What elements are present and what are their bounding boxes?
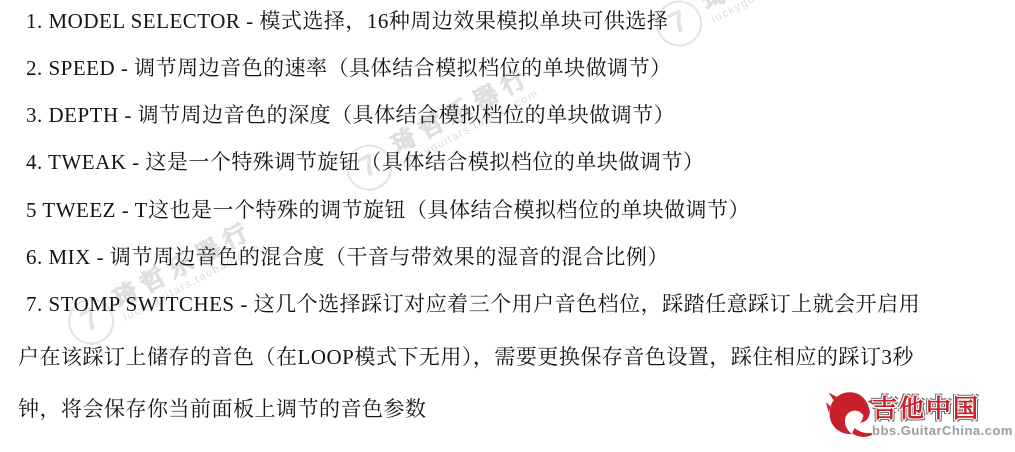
instruction-line-7-end: 钟，将会保存你当前面板上调节的音色参数 — [18, 399, 427, 420]
watermark-stamp: 7 琦哲乐器行 luckyguitars.taobao.com — [60, 214, 266, 353]
instruction-line-6: 6. MIX - 调节周边音色的混合度（干音与带效果的湿音的混合比例） — [26, 247, 669, 268]
guitarchina-site-url: bbs.GuitarChina.com — [872, 423, 1013, 438]
instruction-line-4: 4. TWEAK - 这是一个特殊调节旋钮（具体结合模拟档位的单块做调节） — [26, 152, 704, 173]
guitarchina-logo: 吉他中国 bbs.GuitarChina.com — [826, 389, 1013, 446]
watermark-stamp: 7 琦哲乐器行 luckyguitars.taobao.com — [648, 0, 854, 55]
guitarchina-site-name: 吉他中国 — [872, 397, 980, 422]
watermark-stamp: 7 琦哲乐器行 luckyguitars.taobao.com — [338, 60, 544, 199]
watermark-shop-name: 琦哲乐器行 — [697, 0, 846, 15]
instruction-line-3: 3. DEPTH - 调节周边音色的深度（具体结合模拟档位的单块做调节） — [26, 105, 675, 126]
instruction-line-1: 1. MODEL SELECTOR - 模式选择，16种周边效果模拟单块可供选择 — [26, 11, 668, 32]
watermark-shop-url: luckyguitars.taobao.com — [710, 0, 852, 26]
instruction-line-7-continued: 户在该踩订上储存的音色（在LOOP模式下无用），需要更换保存音色设置，踩住相应的… — [18, 347, 914, 368]
instruction-line-2: 2. SPEED - 调节周边音色的速率（具体结合模拟档位的单块做调节） — [26, 58, 672, 79]
dragon-icon — [826, 389, 878, 446]
instruction-line-5: 5 TWEEZ - T这也是一个特殊的调节旋钮（具体结合模拟档位的单块做调节） — [26, 200, 750, 221]
instruction-line-7: 7. STOMP SWITCHES - 这几个选择踩订对应着三个用户音色档位，踩… — [26, 294, 920, 315]
